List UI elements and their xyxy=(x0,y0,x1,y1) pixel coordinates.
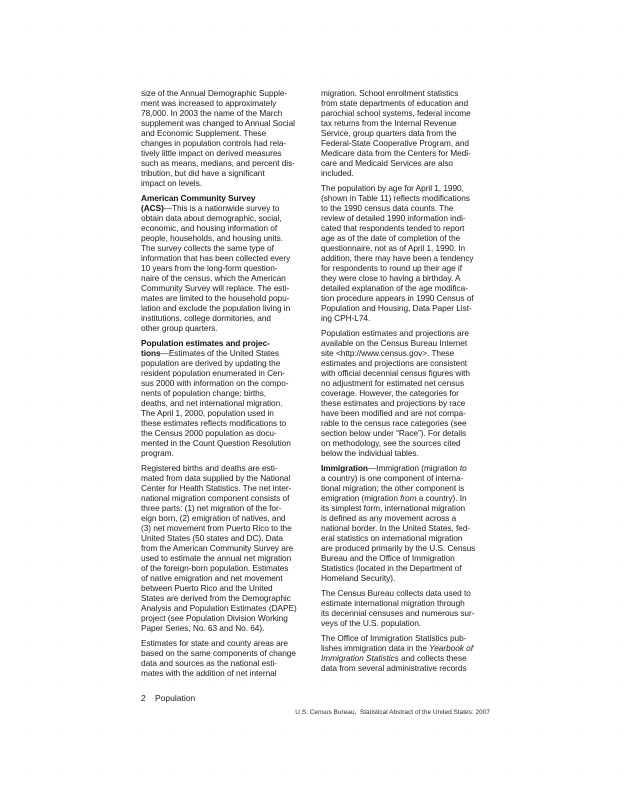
text-line: a country) is one component of interna- xyxy=(321,473,497,483)
text-line: parochial school systems, federal income xyxy=(321,108,497,118)
text-run: tion procedure appears in 1990 Census of xyxy=(321,293,474,303)
text-run: Community Survey will replace. The esti- xyxy=(141,283,289,293)
text-run: for respondents to round up their age if xyxy=(321,263,462,273)
text-run: ing CPH-L74. xyxy=(321,313,370,323)
text-line: its simplest form, international migrati… xyxy=(321,503,497,513)
text-run: Service, group quarters data from the xyxy=(321,128,457,138)
text-line: with official decennial census figures w… xyxy=(321,368,497,378)
text-run: addition, there may have been a tendency xyxy=(321,253,474,263)
text-line: migration. School enrollment statistics xyxy=(321,88,497,98)
text-line: tively little impact on derived measures xyxy=(141,148,317,158)
text-run: is defined as any movement across a xyxy=(321,513,456,523)
text-line: lation and exclude the population living… xyxy=(141,303,317,313)
text-line: Homeland Security). xyxy=(321,573,497,583)
text-line: have been modified and are not compa- xyxy=(321,408,497,418)
text-run: with official decennial census figures w… xyxy=(321,368,470,378)
text-run: economic, and housing information of xyxy=(141,223,277,233)
text-run: based on the same components of change xyxy=(141,648,296,658)
text-line: impact on levels. xyxy=(141,178,317,188)
text-line: 78,000. In 2003 the name of the March xyxy=(141,108,317,118)
text-line: veys of the U.S. population. xyxy=(321,618,497,628)
text-run: these estimates and projections by race xyxy=(321,398,465,408)
text-line: emigration (migration from a country). I… xyxy=(321,493,497,503)
text-run: Medicare data from the Centers for Medi- xyxy=(321,148,471,158)
text-line: population are derived by updating the xyxy=(141,358,317,368)
text-line: Immigration Statistics and collects thes… xyxy=(321,653,497,663)
text-run: included. xyxy=(321,168,354,178)
text-run: from state departments of education and xyxy=(321,98,468,108)
text-run: impact on levels. xyxy=(141,178,202,188)
text-line: from the American Community Survey are xyxy=(141,543,317,553)
text-line: eral statistics on international migrati… xyxy=(321,533,497,543)
text-run: mated from data supplied by the National xyxy=(141,473,290,483)
text-run: population are derived by updating the xyxy=(141,358,280,368)
text-line: The Office of Immigration Statistics pub… xyxy=(321,633,497,643)
text-run: —This is a nationwide survey to xyxy=(164,203,280,213)
text-run: such as means, medians, and percent dis- xyxy=(141,158,295,168)
text-line: deaths, and net international migration. xyxy=(141,398,317,408)
text-line: project (see Population Division Working xyxy=(141,613,317,623)
text-line: sus 2000 with information on the compo- xyxy=(141,378,317,388)
text-line: age as of the date of completion of the xyxy=(321,233,497,243)
left-text-column: size of the Annual Demographic Supple-me… xyxy=(141,88,317,683)
text-run: available on the Census Bureau Internet xyxy=(321,338,467,348)
text-line: estimates and projections are consistent xyxy=(321,358,497,368)
text-run: Registered births and deaths are esti- xyxy=(141,463,277,473)
text-run: detailed explanation of the age modifica… xyxy=(321,283,468,293)
text-line: information that has been collected ever… xyxy=(141,253,317,263)
paragraph: American Community Survey(ACS)—This is a… xyxy=(141,193,317,333)
text-line: questionnaire, not as of April 1, 1990. … xyxy=(321,243,497,253)
text-line: Population and Housing, Data Paper List- xyxy=(321,303,497,313)
text-run: cated that respondents tended to report xyxy=(321,223,464,233)
text-run: of the foreign-born population. Estimate… xyxy=(141,563,288,573)
paragraph: Population estimates and projections are… xyxy=(321,328,497,458)
text-line: eign born, (2) emigration of natives, an… xyxy=(141,513,317,523)
text-line: tribution, but did have a significant xyxy=(141,168,317,178)
text-run: Federal-State Cooperative Program, and xyxy=(321,138,469,148)
text-line: mented in the Count Question Resolution xyxy=(141,438,317,448)
bold-text-run: American Community Survey xyxy=(141,193,255,203)
text-run: —Estimates of the United States xyxy=(161,348,279,358)
text-run: a country). In xyxy=(417,493,467,503)
text-run: project (see Population Division Working xyxy=(141,613,288,623)
text-line: institutions, college dormitories, and xyxy=(141,313,317,323)
text-line: changes in population controls had rela- xyxy=(141,138,317,148)
text-line: The Census Bureau collects data used to xyxy=(321,588,497,598)
page-footer: 2Population xyxy=(141,693,195,703)
text-run: three parts: (1) net migration of the fo… xyxy=(141,503,281,513)
text-run: —Immigration (migration xyxy=(368,463,460,473)
text-run: estimate international migration through xyxy=(321,598,465,608)
text-line: of native emigration and net movement xyxy=(141,573,317,583)
text-run: veys of the U.S. population. xyxy=(321,618,421,628)
text-line: review of detailed 1990 information indi… xyxy=(321,213,497,223)
text-line: section below under “Race”). For details xyxy=(321,428,497,438)
text-run: Analysis and Population Estimates (DAPE) xyxy=(141,603,297,613)
paragraph: Immigration—Immigration (migration toa c… xyxy=(321,463,497,583)
text-run: used to estimate the annual net migratio… xyxy=(141,553,291,563)
paragraph: size of the Annual Demographic Supple-me… xyxy=(141,88,317,188)
text-line: data and sources as the national esti- xyxy=(141,658,317,668)
text-line: Estimates for state and county areas are xyxy=(141,638,317,648)
text-run: rable to the census race categories (see xyxy=(321,418,467,428)
text-line: its decennial censuses and numerous sur- xyxy=(321,608,497,618)
text-line: mates with the addition of net internal xyxy=(141,668,317,678)
text-line: addition, there may have been a tendency xyxy=(321,253,497,263)
text-line: program. xyxy=(141,448,317,458)
text-line: Population estimates and projec- xyxy=(141,338,317,348)
paragraph: The population by age for April 1, 1990,… xyxy=(321,183,497,323)
text-line: The population by age for April 1, 1990, xyxy=(321,183,497,193)
text-run: its decennial censuses and numerous sur- xyxy=(321,608,474,618)
text-run: have been modified and are not compa- xyxy=(321,408,466,418)
text-line: Medicare data from the Centers for Medi- xyxy=(321,148,497,158)
text-line: United States (50 states and DC). Data xyxy=(141,533,317,543)
text-line: people, households, and housing units. xyxy=(141,233,317,243)
bold-text-run: Population estimates and projec- xyxy=(141,338,270,348)
text-line: Community Survey will replace. The esti- xyxy=(141,283,317,293)
text-run: tribution, but did have a significant xyxy=(141,168,265,178)
text-run: sus 2000 with information on the compo- xyxy=(141,378,288,388)
text-line: economic, and housing information of xyxy=(141,223,317,233)
text-run: the Census 2000 population as docu- xyxy=(141,428,277,438)
text-run: Homeland Security). xyxy=(321,573,395,583)
text-run: they were close to having a birthday. A xyxy=(321,273,461,283)
text-run: Population estimates and projections are xyxy=(321,328,469,338)
text-line: care and Medicaid Services are also xyxy=(321,158,497,168)
right-text-column: migration. School enrollment statisticsf… xyxy=(321,88,497,678)
text-line: to the 1990 census data counts. The xyxy=(321,203,497,213)
text-line: these estimates reflects modifications t… xyxy=(141,418,317,428)
text-run: these estimates reflects modifications t… xyxy=(141,418,286,428)
text-line: and Economic Supplement. These xyxy=(141,128,317,138)
text-run: section below under “Race”). For details xyxy=(321,428,466,438)
text-line: rable to the census race categories (see xyxy=(321,418,497,428)
text-run: program. xyxy=(141,448,174,458)
text-run: parochial school systems, federal income xyxy=(321,108,471,118)
text-line: Center for Health Statistics. The net in… xyxy=(141,483,317,493)
text-run: mented in the Count Question Resolution xyxy=(141,438,291,448)
text-run: national migration component consists of xyxy=(141,493,289,503)
text-run: nents of population change: births, xyxy=(141,388,266,398)
text-run: size of the Annual Demographic Supple- xyxy=(141,88,287,98)
text-line: lishes immigration data in the Yearbook … xyxy=(321,643,497,653)
text-run: The population by age for April 1, 1990, xyxy=(321,183,464,193)
text-run: supplement was changed to Annual Social xyxy=(141,118,295,128)
text-run: between Puerto Rico and the United xyxy=(141,583,273,593)
text-run: tively little impact on derived measures xyxy=(141,148,282,158)
text-line: other group quarters. xyxy=(141,323,317,333)
text-line: such as means, medians, and percent dis- xyxy=(141,158,317,168)
text-line: mates are limited to the household popu- xyxy=(141,293,317,303)
text-line: estimate international migration through xyxy=(321,598,497,608)
text-line: States are derived from the Demographic xyxy=(141,593,317,603)
text-run: The Census Bureau collects data used to xyxy=(321,588,471,598)
text-line: Statistics (located in the Department of xyxy=(321,563,497,573)
text-line: on methodology, see the sources cited xyxy=(321,438,497,448)
italic-text-run: Yearbook of xyxy=(429,643,473,653)
text-line: site <http://www.census.gov>. These xyxy=(321,348,497,358)
text-line: cated that respondents tended to report xyxy=(321,223,497,233)
text-run: to the 1990 census data counts. The xyxy=(321,203,453,213)
text-run: eral statistics on international migrati… xyxy=(321,533,462,543)
paragraph: Estimates for state and county areas are… xyxy=(141,638,317,678)
text-run: review of detailed 1990 information indi… xyxy=(321,213,466,223)
text-run: no adjustment for estimated net census xyxy=(321,378,464,388)
text-run: age as of the date of completion of the xyxy=(321,233,460,243)
italic-text-run: to xyxy=(460,463,467,473)
text-run: The survey collects the same type of xyxy=(141,243,274,253)
text-run: ment was increased to approximately xyxy=(141,98,276,108)
text-run: data and sources as the national esti- xyxy=(141,658,277,668)
text-line: Population estimates and projections are xyxy=(321,328,497,338)
text-run: institutions, college dormitories, and xyxy=(141,313,271,323)
text-line: size of the Annual Demographic Supple- xyxy=(141,88,317,98)
text-line: between Puerto Rico and the United xyxy=(141,583,317,593)
text-line: resident population enumerated in Cen- xyxy=(141,368,317,378)
text-line: tax returns from the Internal Revenue xyxy=(321,118,497,128)
text-line: Federal-State Cooperative Program, and xyxy=(321,138,497,148)
text-line: national migration component consists of xyxy=(141,493,317,503)
text-run: questionnaire, not as of April 1, 1990. … xyxy=(321,243,465,253)
text-line: tional migration; the other component is xyxy=(321,483,497,493)
bold-text-run: tions xyxy=(141,348,161,358)
text-line: from state departments of education and xyxy=(321,98,497,108)
text-line: 10 years from the long-form question- xyxy=(141,263,317,273)
text-run: (shown in Table 11) reflects modificatio… xyxy=(321,193,470,203)
text-run: The April 1, 2000, population used in xyxy=(141,408,274,418)
text-run: other group quarters. xyxy=(141,323,217,333)
text-run: eign born, (2) emigration of natives, an… xyxy=(141,513,286,523)
text-line: Analysis and Population Estimates (DAPE) xyxy=(141,603,317,613)
text-run: national border. In the United States, f… xyxy=(321,523,470,533)
text-run: Center for Health Statistics. The net in… xyxy=(141,483,291,493)
text-run: Statistics (located in the Department of xyxy=(321,563,462,573)
text-run: changes in population controls had rela- xyxy=(141,138,286,148)
italic-text-run: from xyxy=(400,493,416,503)
text-run: data from several administrative records xyxy=(321,663,467,673)
text-line: (ACS)—This is a nationwide survey to xyxy=(141,203,317,213)
text-run: from the American Community Survey are xyxy=(141,543,293,553)
text-run: are produced primarily by the U.S. Censu… xyxy=(321,543,475,553)
text-line: Bureau and the Office of Immigration xyxy=(321,553,497,563)
paragraph: Registered births and deaths are esti-ma… xyxy=(141,463,317,633)
paragraph: The Census Bureau collects data used toe… xyxy=(321,588,497,628)
text-run: information that has been collected ever… xyxy=(141,253,290,263)
text-line: used to estimate the annual net migratio… xyxy=(141,553,317,563)
text-line: detailed explanation of the age modifica… xyxy=(321,283,497,293)
text-run: naire of the census, which the American xyxy=(141,273,286,283)
text-run: and Economic Supplement. These xyxy=(141,128,266,138)
text-line: are produced primarily by the U.S. Censu… xyxy=(321,543,497,553)
text-run: site <http://www.census.gov>. These xyxy=(321,348,454,358)
text-run: resident population enumerated in Cen- xyxy=(141,368,285,378)
text-line: three parts: (1) net migration of the fo… xyxy=(141,503,317,513)
text-run: its simplest form, international migrati… xyxy=(321,503,465,513)
text-run: care and Medicaid Services are also xyxy=(321,158,453,168)
text-line: tion procedure appears in 1990 Census of xyxy=(321,293,497,303)
text-run: on methodology, see the sources cited xyxy=(321,438,461,448)
text-line: no adjustment for estimated net census xyxy=(321,378,497,388)
text-run: and collects these xyxy=(399,653,467,663)
text-line: naire of the census, which the American xyxy=(141,273,317,283)
text-run: emigration (migration xyxy=(321,493,400,503)
paragraph: The Office of Immigration Statistics pub… xyxy=(321,633,497,673)
text-line: they were close to having a birthday. A xyxy=(321,273,497,283)
text-run: mates are limited to the household popu- xyxy=(141,293,289,303)
text-run: a country) is one component of interna- xyxy=(321,473,463,483)
text-line: (3) net movement from Puerto Rico to the xyxy=(141,523,317,533)
text-run: Estimates for state and county areas are xyxy=(141,638,288,648)
text-run: mates with the addition of net internal xyxy=(141,668,277,678)
text-run: United States (50 states and DC). Data xyxy=(141,533,283,543)
text-line: ing CPH-L74. xyxy=(321,313,497,323)
text-line: nents of population change: births, xyxy=(141,388,317,398)
page-number: 2 xyxy=(141,693,155,703)
text-line: The survey collects the same type of xyxy=(141,243,317,253)
text-run: The Office of Immigration Statistics pub… xyxy=(321,633,466,643)
text-line: (shown in Table 11) reflects modificatio… xyxy=(321,193,497,203)
text-run: 78,000. In 2003 the name of the March xyxy=(141,108,282,118)
bold-text-run: Immigration xyxy=(321,463,368,473)
text-run: migration. School enrollment statistics xyxy=(321,88,458,98)
text-line: below the individual tables. xyxy=(321,448,497,458)
text-run: obtain data about demographic, social, xyxy=(141,213,282,223)
text-run: estimates and projections are consistent xyxy=(321,358,467,368)
text-line: ment was increased to approximately xyxy=(141,98,317,108)
text-line: is defined as any movement across a xyxy=(321,513,497,523)
text-line: coverage. However, the categories for xyxy=(321,388,497,398)
text-run: of native emigration and net movement xyxy=(141,573,283,583)
text-line: American Community Survey xyxy=(141,193,317,203)
text-run: Paper Series, No. 63 and No. 64). xyxy=(141,623,264,633)
text-line: Immigration—Immigration (migration to xyxy=(321,463,497,473)
text-run: Bureau and the Office of Immigration xyxy=(321,553,455,563)
text-run: States are derived from the Demographic xyxy=(141,593,291,603)
text-line: The April 1, 2000, population used in xyxy=(141,408,317,418)
text-run: (3) net movement from Puerto Rico to the xyxy=(141,523,292,533)
text-line: Service, group quarters data from the xyxy=(321,128,497,138)
text-line: mated from data supplied by the National xyxy=(141,473,317,483)
text-run: tax returns from the Internal Revenue xyxy=(321,118,457,128)
document-page: size of the Annual Demographic Supple-me… xyxy=(0,0,626,810)
text-run: deaths, and net international migration. xyxy=(141,398,282,408)
text-line: based on the same components of change xyxy=(141,648,317,658)
text-line: obtain data about demographic, social, xyxy=(141,213,317,223)
chapter-label: Population xyxy=(155,693,195,703)
paragraph: Population estimates and projec-tions—Es… xyxy=(141,338,317,458)
text-line: supplement was changed to Annual Social xyxy=(141,118,317,128)
text-run: below the individual tables. xyxy=(321,448,419,458)
text-run: lation and exclude the population living… xyxy=(141,303,290,313)
text-run: tional migration; the other component is xyxy=(321,483,464,493)
text-run: 10 years from the long-form question- xyxy=(141,263,278,273)
text-line: for respondents to round up their age if xyxy=(321,263,497,273)
text-line: data from several administrative records xyxy=(321,663,497,673)
paragraph: migration. School enrollment statisticsf… xyxy=(321,88,497,178)
text-line: these estimates and projections by race xyxy=(321,398,497,408)
text-run: people, households, and housing units. xyxy=(141,233,283,243)
source-note: U.S. Census Bureau, Statistical Abstract… xyxy=(200,709,490,717)
italic-text-run: Immigration Statistics xyxy=(321,653,399,663)
text-run: Population and Housing, Data Paper List- xyxy=(321,303,472,313)
text-line: national border. In the United States, f… xyxy=(321,523,497,533)
text-line: included. xyxy=(321,168,497,178)
text-line: the Census 2000 population as docu- xyxy=(141,428,317,438)
text-run: coverage. However, the categories for xyxy=(321,388,459,398)
text-run: lishes immigration data in the xyxy=(321,643,429,653)
text-line: Registered births and deaths are esti- xyxy=(141,463,317,473)
bold-text-run: (ACS) xyxy=(141,203,164,213)
text-line: Paper Series, No. 63 and No. 64). xyxy=(141,623,317,633)
text-line: of the foreign-born population. Estimate… xyxy=(141,563,317,573)
text-line: available on the Census Bureau Internet xyxy=(321,338,497,348)
text-line: tions—Estimates of the United States xyxy=(141,348,317,358)
